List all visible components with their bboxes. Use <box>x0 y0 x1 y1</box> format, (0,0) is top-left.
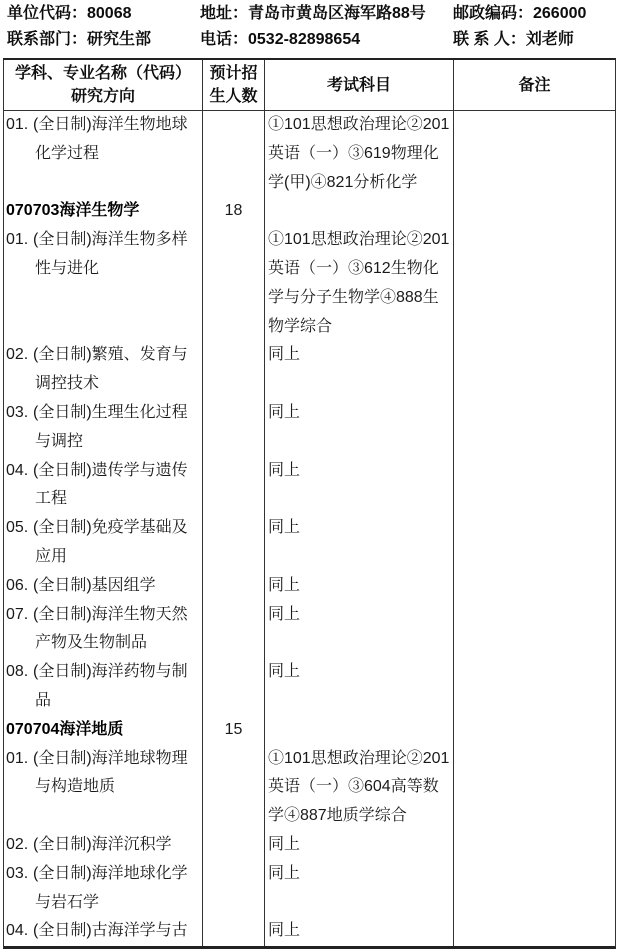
direction-line: 与调控 <box>4 428 202 457</box>
remarks-cell <box>454 716 615 745</box>
major-title-line: 070703海洋生物学 <box>4 197 202 226</box>
enrollment-cell: 18 <box>203 197 265 226</box>
enrollment-cell <box>203 601 265 659</box>
major-direction-cell: 04.(全日制)古海洋学与古 <box>4 917 203 946</box>
major-direction-cell: 04.(全日制)遗传学与遗传工程 <box>4 457 203 515</box>
exam-subjects-cell: ①101思想政治理论②201英语（一）③604高等数学④887地质学综合 <box>265 745 454 831</box>
enrollment-cell: 15 <box>203 716 265 745</box>
exam-subjects-line: 同上 <box>265 572 453 601</box>
direction-text: (全日制)海洋沉积学 <box>33 836 172 853</box>
direction-line: 07.(全日制)海洋生物天然 <box>4 601 202 630</box>
contact-department: 联系部门：研究生部 <box>7 30 151 49</box>
direction-line: 04.(全日制)遗传学与遗传 <box>4 457 202 486</box>
exam-subjects-line: 同上 <box>265 917 453 946</box>
exam-subjects-line: 英语（一）③604高等数 <box>265 773 453 802</box>
exam-subjects-line: 英语（一）③612生物化 <box>265 255 453 284</box>
direction-text: (全日制)海洋生物地球 <box>33 116 188 133</box>
major-direction-cell: 08.(全日制)海洋药物与制品 <box>4 658 203 716</box>
address: 地址：青岛市黄岛区海军路88号 <box>200 4 426 23</box>
direction-text: (全日制)海洋地球物理 <box>33 750 188 767</box>
direction-line: 06.(全日制)基因组学 <box>4 572 202 601</box>
direction-line: 01.(全日制)海洋地球物理 <box>4 745 202 774</box>
direction-line: 04.(全日制)古海洋学与古 <box>4 917 202 946</box>
enrollment-value: 15 <box>203 716 264 745</box>
direction-number: 04. <box>6 457 33 486</box>
table-row: 04.(全日制)遗传学与遗传工程同上 <box>4 457 615 515</box>
postal-code: 邮政编码：266000 <box>453 4 586 23</box>
exam-subjects-cell: ①101思想政治理论②201英语（一）③612生物化学与分子生物学④888生物学… <box>265 226 454 341</box>
direction-text: (全日制)遗传学与遗传 <box>33 462 188 479</box>
enrollment-cell <box>203 860 265 918</box>
remarks-cell <box>454 658 615 716</box>
enrollment-cell <box>203 572 265 601</box>
admissions-table: 学科、专业名称（代码） 研究方向 预计招 生人数 考试科目 备注 01.(全日制… <box>3 58 616 949</box>
exam-subjects-cell: 同上 <box>265 457 454 515</box>
remarks-cell <box>454 745 615 831</box>
direction-line: 产物及生物制品 <box>4 629 202 658</box>
exam-subjects-cell: 同上 <box>265 831 454 860</box>
enrollment-cell <box>203 111 265 197</box>
remarks-cell <box>454 572 615 601</box>
header-enrollment-line2: 生人数 <box>209 85 257 108</box>
table-row: 03.(全日制)海洋地球化学与岩石学同上 <box>4 860 615 918</box>
enrollment-cell <box>203 831 265 860</box>
remarks-cell <box>454 514 615 572</box>
page: { "header_info": { "unit_code": "单位代码：80… <box>0 0 625 952</box>
contact-person: 联 系 人：刘老师 <box>453 30 574 49</box>
exam-subjects-line: ①101思想政治理论②201 <box>265 111 453 140</box>
exam-subjects-cell: 同上 <box>265 399 454 457</box>
exam-subjects-line: 英语（一）③619物理化 <box>265 140 453 169</box>
exam-subjects-line: 学(甲)④821分析化学 <box>265 169 453 198</box>
direction-text: (全日制)繁殖、发育与 <box>33 346 188 363</box>
exam-subjects-line: ①101思想政治理论②201 <box>265 745 453 774</box>
phone: 电话：0532-82898654 <box>200 30 360 49</box>
enrollment-value: 18 <box>203 197 264 226</box>
header-exam-label: 考试科目 <box>327 74 391 97</box>
major-direction-cell: 02.(全日制)海洋沉积学 <box>4 831 203 860</box>
direction-text: (全日制)海洋药物与制 <box>33 663 188 680</box>
direction-number: 03. <box>6 399 33 428</box>
direction-line: 品 <box>4 687 202 716</box>
remarks-cell <box>454 457 615 515</box>
direction-text: (全日制)海洋生物天然 <box>33 606 188 623</box>
header-major-line1: 学科、专业名称（代码） <box>15 62 191 85</box>
direction-line: 应用 <box>4 543 202 572</box>
exam-subjects-cell: 同上 <box>265 601 454 659</box>
remarks-cell <box>454 917 615 946</box>
major-title-line: 070704海洋地质 <box>4 716 202 745</box>
direction-text: (全日制)免疫学基础及 <box>33 519 188 536</box>
header-remarks-label: 备注 <box>518 74 550 97</box>
direction-number: 07. <box>6 601 33 630</box>
direction-line: 03.(全日制)海洋地球化学 <box>4 860 202 889</box>
major-direction-cell: 02.(全日制)繁殖、发育与调控技术 <box>4 341 203 399</box>
table-row: 04.(全日制)古海洋学与古同上 <box>4 917 615 946</box>
exam-subjects-cell: 同上 <box>265 917 454 946</box>
header-enrollment-column: 预计招 生人数 <box>203 60 265 110</box>
exam-subjects-line: 物学综合 <box>265 313 453 342</box>
table-row: 01.(全日制)海洋生物多样性与进化①101思想政治理论②201英语（一）③61… <box>4 226 615 341</box>
unit-code: 单位代码：80068 <box>7 4 132 23</box>
table-row: 02.(全日制)繁殖、发育与调控技术同上 <box>4 341 615 399</box>
direction-text: (全日制)古海洋学与古 <box>33 922 188 939</box>
exam-subjects-line: 同上 <box>265 601 453 630</box>
direction-number: 05. <box>6 514 33 543</box>
exam-subjects-cell <box>265 197 454 226</box>
direction-line: 与构造地质 <box>4 773 202 802</box>
direction-line: 03.(全日制)生理生化过程 <box>4 399 202 428</box>
table-row: 01.(全日制)海洋地球物理与构造地质①101思想政治理论②201英语（一）③6… <box>4 745 615 831</box>
direction-line: 化学过程 <box>4 140 202 169</box>
major-direction-cell: 01.(全日制)海洋生物多样性与进化 <box>4 226 203 341</box>
direction-line: 01.(全日制)海洋生物地球 <box>4 111 202 140</box>
table-row: 07.(全日制)海洋生物天然产物及生物制品同上 <box>4 601 615 659</box>
exam-subjects-cell: 同上 <box>265 341 454 399</box>
direction-number: 01. <box>6 745 33 774</box>
remarks-cell <box>454 860 615 918</box>
direction-line: 05.(全日制)免疫学基础及 <box>4 514 202 543</box>
major-direction-cell: 03.(全日制)生理生化过程与调控 <box>4 399 203 457</box>
direction-line: 调控技术 <box>4 370 202 399</box>
direction-text: (全日制)基因组学 <box>33 577 156 594</box>
exam-subjects-line: 同上 <box>265 831 453 860</box>
header-enrollment-line1: 预计招 <box>209 62 257 85</box>
exam-subjects-line: 学与分子生物学④888生 <box>265 284 453 313</box>
direction-line: 性与进化 <box>4 255 202 284</box>
enrollment-cell <box>203 917 265 946</box>
enrollment-cell <box>203 514 265 572</box>
header-exam-column: 考试科目 <box>265 60 454 110</box>
direction-line: 02.(全日制)海洋沉积学 <box>4 831 202 860</box>
direction-text: (全日制)生理生化过程 <box>33 404 188 421</box>
enrollment-cell <box>203 399 265 457</box>
exam-subjects-line: 同上 <box>265 658 453 687</box>
header-major-column: 学科、专业名称（代码） 研究方向 <box>4 60 203 110</box>
exam-subjects-line: 同上 <box>265 457 453 486</box>
direction-line: 与岩石学 <box>4 889 202 918</box>
table-row: 03.(全日制)生理生化过程与调控同上 <box>4 399 615 457</box>
enrollment-cell <box>203 457 265 515</box>
exam-subjects-line: 同上 <box>265 341 453 370</box>
direction-number: 01. <box>6 226 33 255</box>
table-body: 01.(全日制)海洋生物地球化学过程①101思想政治理论②201英语（一）③61… <box>4 111 615 946</box>
exam-subjects-line: 同上 <box>265 514 453 543</box>
remarks-cell <box>454 601 615 659</box>
exam-subjects-cell: ①101思想政治理论②201英语（一）③619物理化学(甲)④821分析化学 <box>265 111 454 197</box>
table-row: 070704海洋地质15 <box>4 716 615 745</box>
enrollment-cell <box>203 341 265 399</box>
major-direction-cell: 01.(全日制)海洋地球物理与构造地质 <box>4 745 203 831</box>
major-direction-cell: 07.(全日制)海洋生物天然产物及生物制品 <box>4 601 203 659</box>
remarks-cell <box>454 399 615 457</box>
direction-number: 01. <box>6 111 33 140</box>
exam-subjects-line: 同上 <box>265 860 453 889</box>
enrollment-cell <box>203 226 265 341</box>
direction-line: 02.(全日制)繁殖、发育与 <box>4 341 202 370</box>
direction-number: 08. <box>6 658 33 687</box>
direction-number: 04. <box>6 917 33 946</box>
table-row: 05.(全日制)免疫学基础及应用同上 <box>4 514 615 572</box>
table-row: 070703海洋生物学18 <box>4 197 615 226</box>
enrollment-cell <box>203 658 265 716</box>
remarks-cell <box>454 226 615 341</box>
exam-subjects-line: 同上 <box>265 399 453 428</box>
direction-line: 08.(全日制)海洋药物与制 <box>4 658 202 687</box>
table-row: 08.(全日制)海洋药物与制品同上 <box>4 658 615 716</box>
exam-subjects-cell: 同上 <box>265 572 454 601</box>
direction-number: 02. <box>6 341 33 370</box>
direction-number: 03. <box>6 860 33 889</box>
exam-subjects-line: ①101思想政治理论②201 <box>265 226 453 255</box>
exam-subjects-cell: 同上 <box>265 658 454 716</box>
header-remarks-column: 备注 <box>454 60 615 110</box>
major-direction-cell: 070704海洋地质 <box>4 716 203 745</box>
direction-number: 02. <box>6 831 33 860</box>
direction-text: (全日制)海洋生物多样 <box>33 231 188 248</box>
table-row: 01.(全日制)海洋生物地球化学过程①101思想政治理论②201英语（一）③61… <box>4 111 615 197</box>
major-direction-cell: 03.(全日制)海洋地球化学与岩石学 <box>4 860 203 918</box>
exam-subjects-cell: 同上 <box>265 860 454 918</box>
table-header-row: 学科、专业名称（代码） 研究方向 预计招 生人数 考试科目 备注 <box>4 60 615 111</box>
remarks-cell <box>454 197 615 226</box>
exam-subjects-cell <box>265 716 454 745</box>
major-direction-cell: 070703海洋生物学 <box>4 197 203 226</box>
remarks-cell <box>454 111 615 197</box>
table-row: 02.(全日制)海洋沉积学同上 <box>4 831 615 860</box>
major-direction-cell: 06.(全日制)基因组学 <box>4 572 203 601</box>
major-direction-cell: 01.(全日制)海洋生物地球化学过程 <box>4 111 203 197</box>
direction-line: 工程 <box>4 485 202 514</box>
direction-line: 01.(全日制)海洋生物多样 <box>4 226 202 255</box>
header-major-line2: 研究方向 <box>71 85 135 108</box>
exam-subjects-cell: 同上 <box>265 514 454 572</box>
remarks-cell <box>454 341 615 399</box>
direction-number: 06. <box>6 572 33 601</box>
table-row: 06.(全日制)基因组学同上 <box>4 572 615 601</box>
direction-text: (全日制)海洋地球化学 <box>33 865 188 882</box>
remarks-cell <box>454 831 615 860</box>
major-direction-cell: 05.(全日制)免疫学基础及应用 <box>4 514 203 572</box>
exam-subjects-line: 学④887地质学综合 <box>265 802 453 831</box>
enrollment-cell <box>203 745 265 831</box>
